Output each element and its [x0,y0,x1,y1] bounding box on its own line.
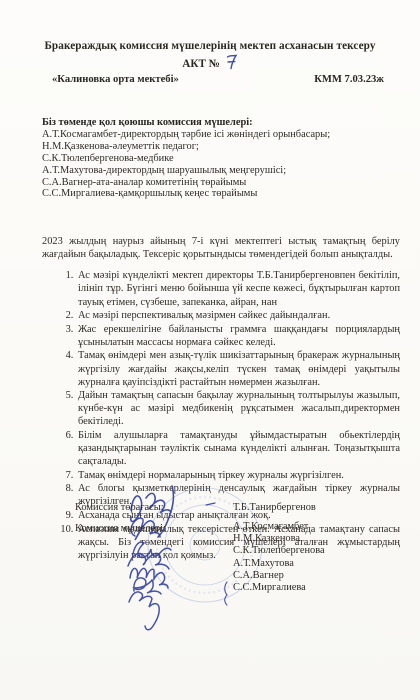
chairman-label: Комиссия төрағасы: [75,502,164,513]
member-name: А.Т.Махутова [233,558,325,570]
member-names-column: А.Т.Космағамбет Н.М.Казкенова С.К.Тюлепб… [233,521,325,594]
commission-member-line: С.К.Тюлепбергенова-медбике [42,153,396,165]
finding-item: Тамақ өнімдері мен азық-түлік шикізаттар… [76,349,400,388]
member-name: С.С.Миргалиева [233,582,325,594]
member-name: А.Т.Космағамбет [233,521,325,533]
document-page: Бракераждық комиссия мүшелерінің мектеп … [0,0,420,700]
finding-item: Білім алушыларға тамақтануды ұйымдастыра… [76,429,400,468]
finding-item: Дайын тамақтың сапасын бақылау журналыны… [76,389,400,428]
handwritten-seven-glyph [225,53,238,70]
commission-member-line: С.С.Миргалиева-қамқоршылық кеңес төрайым… [42,188,396,200]
commission-intro-heading: Біз төменде қол қоюшы комиссия мүшелері: [42,117,396,129]
commission-member-line: А.Т.Махутова-директордың шаруашылық меңг… [42,165,396,177]
document-code-date: КММ 7.03.23ж [314,74,384,85]
inspection-paragraph: 2023 жылдың наурыз айының 7-і күні мекте… [0,235,420,261]
act-number-handwritten [225,53,238,73]
document-header: Бракераждық комиссия мүшелерінің мектеп … [0,0,420,85]
member-name: С.К.Тюлепбергенова [233,545,325,557]
document-title: Бракераждық комиссия мүшелерінің мектеп … [0,40,420,52]
finding-item: Жас ерекшелігіне байланысты граммға шаққ… [76,323,400,349]
commission-member-line: А.Т.Космагамбет-директордың тәрбие ісі ж… [42,129,396,141]
signature-section: Комиссия төрағасы: Т.Б.Танирбергенов Ком… [0,478,420,700]
finding-item: Ас мәзірі күнделікті мектеп директоры Т.… [76,269,400,308]
signatures-and-stamp-overlay [0,478,420,700]
finding-item: Ас мәзірі перспективалық мәзірмен сәйкес… [76,309,400,322]
commission-intro: Біз төменде қол қоюшы комиссия мүшелері:… [0,117,420,200]
member-signature-scribble [128,518,227,630]
subheader-row: «Калиновка орта мектебі» КММ 7.03.23ж [0,74,420,85]
members-label: Комиссия мүшелері: [75,523,166,534]
member-name: Н.М.Казкенова [233,533,325,545]
school-name: «Калиновка орта мектебі» [52,74,179,85]
act-label: АКТ № [182,58,220,70]
commission-member-line: С.А.Вагнер-ата-аналар комитетінің төрайы… [42,177,396,189]
member-name: С.А.Вагнер [233,570,325,582]
chairman-name: Т.Б.Танирбергенов [233,502,316,513]
act-number-line: АКТ № [0,53,420,73]
commission-member-line: Н.М.Қазкенова-әлеуметтік педагог; [42,141,396,153]
